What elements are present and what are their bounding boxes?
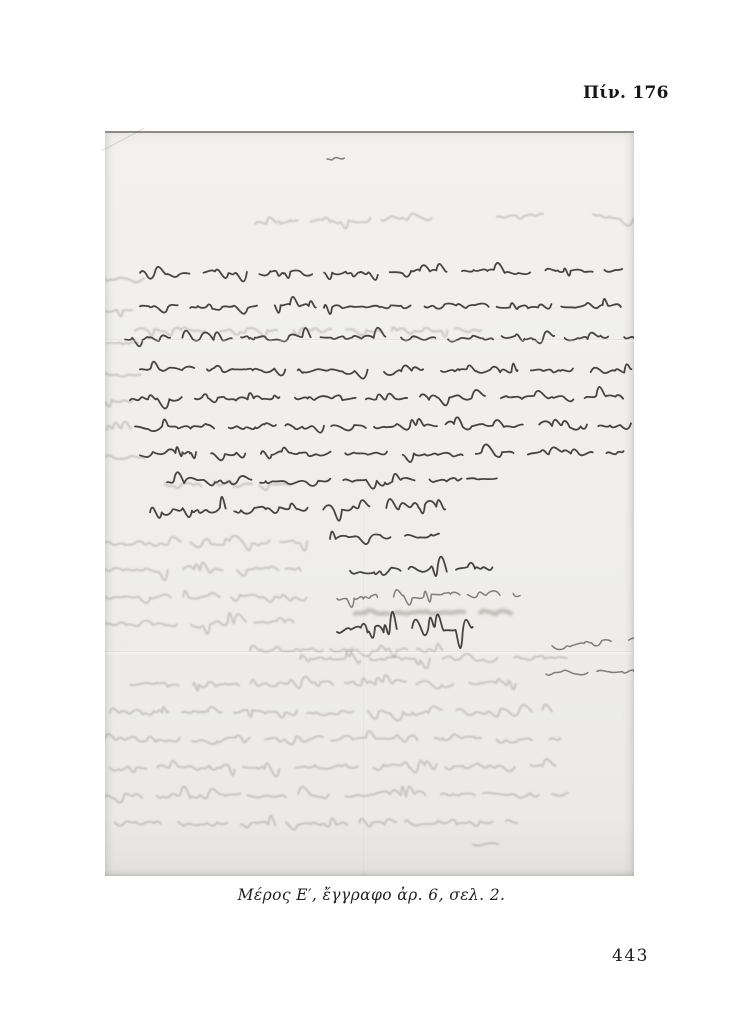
- handwriting-line: [593, 214, 634, 226]
- handwriting-line: [135, 417, 631, 432]
- handwriting-line: [165, 481, 291, 490]
- handwriting-line: [473, 843, 498, 845]
- handwriting-line: [107, 341, 138, 344]
- handwriting-line: [327, 158, 344, 160]
- manuscript-scan: [105, 131, 634, 876]
- plate-label: Πίν. 176: [583, 83, 669, 103]
- handwriting-line: [167, 472, 462, 488]
- handwriting-line: [105, 456, 144, 459]
- handwriting-line: [140, 362, 631, 379]
- handwriting-line: [337, 590, 520, 608]
- handwriting-line: [105, 613, 293, 634]
- paper-crease-horizontal: [105, 651, 634, 652]
- handwriting-line: [130, 675, 516, 691]
- handwriting-line: [105, 278, 144, 283]
- handwriting-line: [105, 563, 301, 581]
- handwriting-line: [105, 310, 132, 317]
- handwriting-line: [107, 422, 131, 430]
- handwriting-line: [150, 497, 445, 521]
- paper-crease-horizontal: [105, 339, 634, 340]
- handwriting-line: [140, 297, 621, 314]
- handwriting-line: [337, 612, 473, 648]
- handwriting-line: [300, 650, 567, 669]
- handwriting-svg: [105, 133, 634, 876]
- handwriting-line: [140, 263, 622, 282]
- figure-caption: Μέρος Ε′, ἔγγραφο ἀρ. 6, σελ. 2.: [0, 886, 743, 904]
- handwriting-line: [105, 400, 133, 407]
- handwriting-line: [546, 670, 634, 676]
- handwriting-line: [110, 759, 556, 776]
- page-number: 443: [612, 946, 649, 966]
- handwriting-line: [255, 214, 432, 229]
- handwriting-line: [105, 373, 141, 376]
- handwriting-line: [105, 591, 307, 603]
- handwriting-line: [330, 532, 439, 545]
- paper-crease-vertical: [363, 513, 364, 876]
- handwriting-line: [130, 387, 623, 409]
- handwriting-line: [497, 213, 543, 218]
- handwriting-line: [350, 557, 492, 577]
- handwriting-line: [355, 610, 511, 614]
- handwriting-line: [105, 536, 307, 551]
- handwriting-line: [552, 638, 634, 650]
- handwriting-line: [140, 444, 624, 462]
- handwriting-line: [105, 731, 560, 744]
- handwriting-line: [467, 478, 497, 479]
- handwriting-line: [110, 705, 552, 721]
- handwriting-line: [115, 816, 517, 830]
- handwriting-line: [105, 786, 568, 802]
